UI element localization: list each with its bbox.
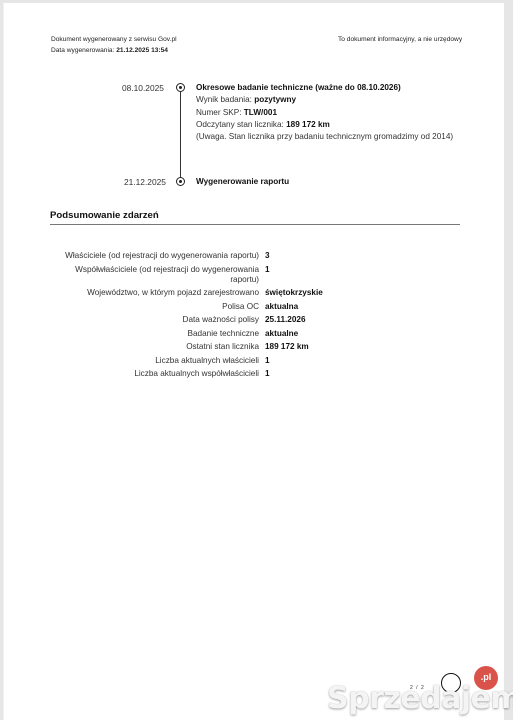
event-title: Wygenerowanie raportu bbox=[196, 176, 456, 188]
summary-row: Badanie techniczneaktualne bbox=[4, 329, 504, 339]
summary-row: Współwłaściciele (od rejestracji do wyge… bbox=[4, 265, 504, 286]
event-date: 08.10.2025 bbox=[122, 83, 164, 93]
generated-date-value: 21.12.2025 13:54 bbox=[116, 47, 168, 54]
summary-row: Właściciele (od rejestracji do wygenerow… bbox=[4, 251, 504, 261]
header-left: Dokument wygenerowany z serwisu Gov.pl D… bbox=[51, 34, 177, 56]
event-note: (Uwaga. Stan licznika przy badaniu techn… bbox=[196, 131, 456, 143]
timeline-dot-icon bbox=[176, 177, 185, 186]
summary-row: Polisa OCaktualna bbox=[4, 302, 504, 312]
summary-table: Właściciele (od rejestracji do wygenerow… bbox=[4, 251, 504, 383]
document-page: Dokument wygenerowany z serwisu Gov.pl D… bbox=[3, 3, 504, 720]
event-line: Numer SKP: TLW/001 bbox=[196, 107, 456, 119]
summary-title: Podsumowanie zdarzeń bbox=[50, 210, 460, 225]
event-title: Okresowe badanie techniczne (ważne do 08… bbox=[196, 82, 456, 94]
watermark-badge: .pl bbox=[474, 666, 498, 690]
event-date: 21.12.2025 bbox=[124, 177, 166, 187]
timeline-line bbox=[180, 89, 181, 181]
summary-row: Liczba aktualnych właścicieli1 bbox=[4, 356, 504, 366]
event-details: Wygenerowanie raportu bbox=[196, 176, 456, 188]
summary-row: Województwo, w którym pojazd zarejestrow… bbox=[4, 288, 504, 298]
disclaimer: To dokument informacyjny, a nie urzędowy bbox=[338, 34, 462, 45]
generated-date: Data wygenerowania: 21.12.2025 13:54 bbox=[51, 45, 177, 56]
summary-row: Liczba aktualnych współwłaścicieli1 bbox=[4, 369, 504, 379]
timeline-dot-icon bbox=[176, 83, 185, 92]
event-line: Odczytany stan licznika: 189 172 km bbox=[196, 119, 456, 131]
source-label: Dokument wygenerowany z serwisu Gov.pl bbox=[51, 34, 177, 45]
summary-row: Data ważności polisy25.11.2026 bbox=[4, 315, 504, 325]
event-line: Wynik badania: pozytywny bbox=[196, 94, 456, 106]
event-details: Okresowe badanie techniczne (ważne do 08… bbox=[196, 82, 456, 143]
summary-row: Ostatni stan licznika189 172 km bbox=[4, 342, 504, 352]
